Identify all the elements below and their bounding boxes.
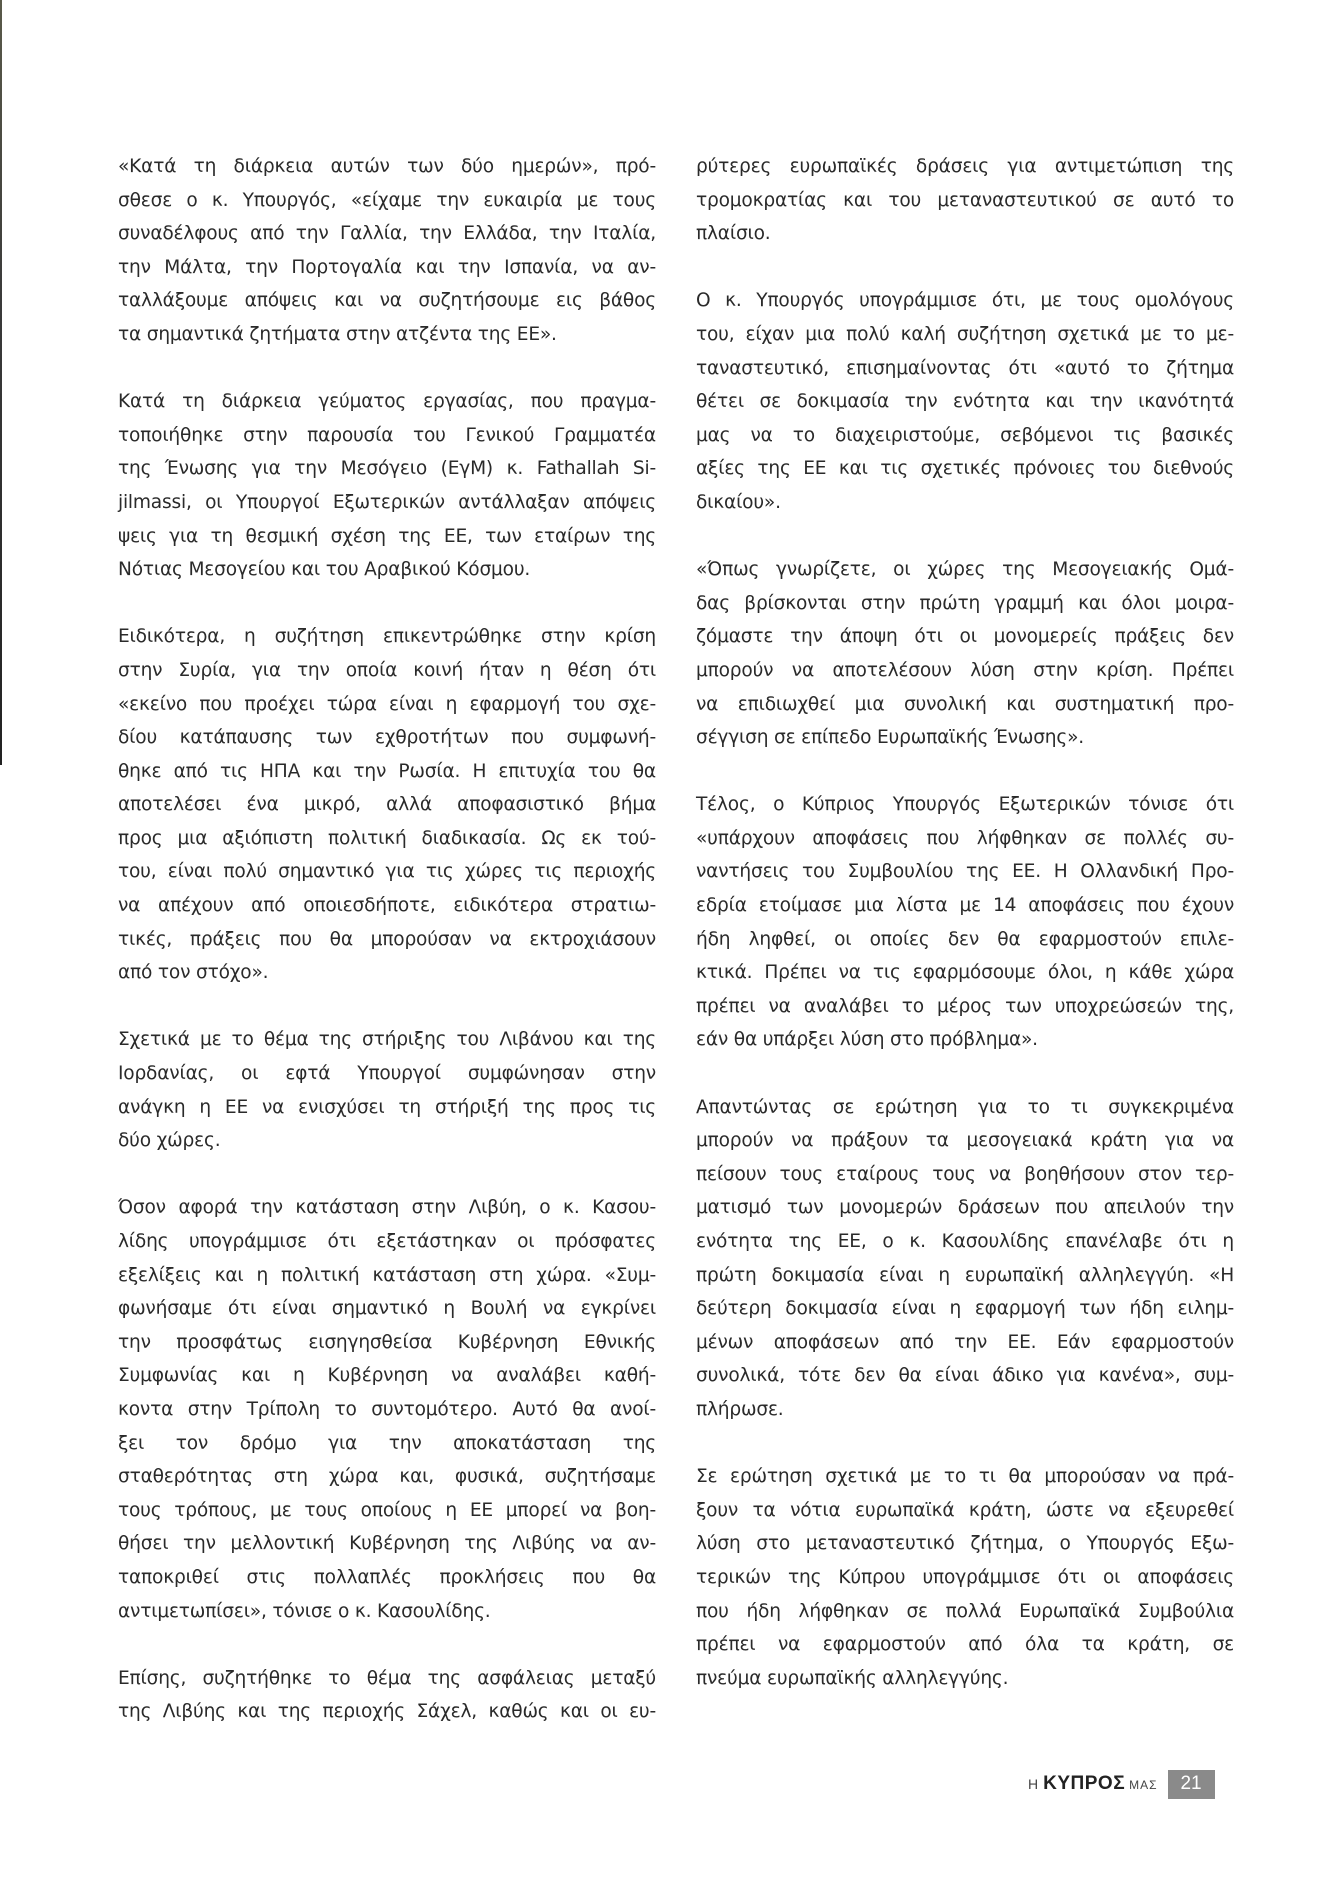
text-line: λίδης υπογράμμισε ότι εξετάστηκαν οι πρό…: [118, 1225, 656, 1259]
right-column: ρύτερες ευρωπαϊκές δράσεις για αντιμετώπ…: [696, 150, 1234, 1695]
text-line: μπορούν να αποτελέσουν λύση στην κρίση. …: [696, 654, 1234, 688]
text-line: «υπάρχουν αποφάσεις που λήφθηκαν σε πολλ…: [696, 822, 1234, 856]
text-line: «Κατά τη διάρκεια αυτών των δύο ημερών»,…: [118, 150, 656, 184]
text-line: την Μάλτα, την Πορτογαλία και την Ισπανί…: [118, 251, 656, 285]
text-line: πρέπει να αναλάβει το μέρος των υποχρεώσ…: [696, 990, 1234, 1024]
article-paragraph: Σχετικά με το θέμα της στήριξης του Λιβά…: [118, 1023, 656, 1157]
article-paragraph: Επίσης, συζητήθηκε το θέμα της ασφάλειας…: [118, 1662, 656, 1729]
text-line: Απαντώντας σε ερώτηση για το τι συγκεκρι…: [696, 1091, 1234, 1125]
article-paragraph: Κατά τη διάρκεια γεύματος εργασίας, που …: [118, 385, 656, 587]
text-line: δικαίου».: [696, 486, 1234, 520]
text-line: να απέχουν από οποιεσδήποτε, ειδικότερα …: [118, 889, 656, 923]
text-line: ξουν τα νότια ευρωπαϊκά κράτη, ώστε να ε…: [696, 1494, 1234, 1528]
text-line: τρομοκρατίας και του μεταναστευτικού σε …: [696, 184, 1234, 218]
text-line: Νότιας Μεσογείου και του Αραβικού Κόσμου…: [118, 553, 656, 587]
text-line: jilmassi, οι Υπουργοί Εξωτερικών αντάλλα…: [118, 486, 656, 520]
text-line: αξίες της ΕΕ και τις σχετικές πρόνοιες τ…: [696, 452, 1234, 486]
article-paragraph: ρύτερες ευρωπαϊκές δράσεις για αντιμετώπ…: [696, 150, 1234, 251]
text-line: του, είναι πολύ σημαντικό για τις χώρες …: [118, 855, 656, 889]
text-line: ήδη ληφθεί, οι οποίες δεν θα εφαρμοστούν…: [696, 923, 1234, 957]
text-line: Σχετικά με το θέμα της στήριξης του Λιβά…: [118, 1023, 656, 1057]
text-line: τικές, πράξεις που θα μπορούσαν να εκτρο…: [118, 923, 656, 957]
text-line: συνολικά, τότε δεν θα είναι άδικο για κα…: [696, 1359, 1234, 1393]
text-line: ζόμαστε την άποψη ότι οι μονομερείς πράξ…: [696, 620, 1234, 654]
text-line: Επίσης, συζητήθηκε το θέμα της ασφάλειας…: [118, 1662, 656, 1696]
text-line: Όσον αφορά την κατάσταση στην Λιβύη, ο κ…: [118, 1191, 656, 1225]
text-line: του, είχαν μια πολύ καλή συζήτηση σχετικ…: [696, 318, 1234, 352]
text-line: ταλλάξουμε απόψεις και να συζητήσουμε ει…: [118, 284, 656, 318]
text-line: ξει τον δρόμο για την αποκατάσταση της: [118, 1427, 656, 1461]
text-line: Ιορδανίας, οι εφτά Υπουργοί συμφώνησαν σ…: [118, 1057, 656, 1091]
text-line: τερικών της Κύπρου υπογράμμισε ότι οι απ…: [696, 1561, 1234, 1595]
text-line: Ειδικότερα, η συζήτηση επικεντρώθηκε στη…: [118, 620, 656, 654]
text-line: Ο κ. Υπουργός υπογράμμισε ότι, με τους ο…: [696, 284, 1234, 318]
text-line: πλήρωσε.: [696, 1393, 1234, 1427]
text-line: «εκείνο που προέχει τώρα είναι η εφαρμογ…: [118, 688, 656, 722]
text-line: που ήδη λήφθηκαν σε πολλά Ευρωπαϊκά Συμβ…: [696, 1595, 1234, 1629]
text-line: μας να το διαχειριστούμε, σεβόμενοι τις …: [696, 419, 1234, 453]
text-line: τα σημαντικά ζητήματα στην ατζέντα της Ε…: [118, 318, 656, 352]
left-column: «Κατά τη διάρκεια αυτών των δύο ημερών»,…: [118, 150, 656, 1729]
text-line: θηκε από τις ΗΠΑ και την Ρωσία. Η επιτυχ…: [118, 755, 656, 789]
text-line: της Λιβύης και της περιοχής Σάχελ, καθώς…: [118, 1695, 656, 1729]
text-line: κτικά. Πρέπει να τις εφαρμόσουμε όλοι, η…: [696, 956, 1234, 990]
text-line: ενότητα της ΕΕ, ο κ. Κασουλίδης επανέλαβ…: [696, 1225, 1234, 1259]
text-line: πρώτη δοκιμασία είναι η ευρωπαϊκή αλληλε…: [696, 1259, 1234, 1293]
magazine-title-main: ΚΥΠΡΟΣ: [1043, 1773, 1125, 1795]
text-line: θήσει την μελλοντική Κυβέρνηση της Λιβύη…: [118, 1527, 656, 1561]
page-footer: Η ΚΥΠΡΟΣ ΜΑΣ 21: [1028, 1768, 1215, 1800]
page-edge-bar: [0, 0, 2, 765]
text-line: σέγγιση σε επίπεδο Ευρωπαϊκής Ένωσης».: [696, 721, 1234, 755]
article-paragraph: «Όπως γνωρίζετε, οι χώρες της Μεσογειακή…: [696, 553, 1234, 755]
article-paragraph: Σε ερώτηση σχετικά με το τι θα μπορούσαν…: [696, 1460, 1234, 1695]
text-line: εξελίξεις και η πολιτική κατάσταση στη χ…: [118, 1259, 656, 1293]
text-line: σθεσε ο κ. Υπουργός, «είχαμε την ευκαιρί…: [118, 184, 656, 218]
text-line: ανάγκη η ΕΕ να ενισχύσει τη στήριξή της …: [118, 1091, 656, 1125]
magazine-title-suffix: ΜΑΣ: [1129, 1778, 1157, 1792]
text-line: ναντήσεις του Συμβουλίου της ΕΕ. Η Ολλαν…: [696, 855, 1234, 889]
text-line: ταναστευτικό, επισημαίνοντας ότι «αυτό τ…: [696, 352, 1234, 386]
text-line: προς μια αξιόπιστη πολιτική διαδικασία. …: [118, 822, 656, 856]
text-line: πνεύμα ευρωπαϊκής αλληλεγγύης.: [696, 1662, 1234, 1696]
article-paragraph: Ειδικότερα, η συζήτηση επικεντρώθηκε στη…: [118, 620, 656, 990]
text-line: «Όπως γνωρίζετε, οι χώρες της Μεσογειακή…: [696, 553, 1234, 587]
text-line: δεύτερη δοκιμασία είναι η εφαρμογή των ή…: [696, 1292, 1234, 1326]
text-line: ταποκριθεί στις πολλαπλές προκλήσεις που…: [118, 1561, 656, 1595]
text-line: κοντα στην Τρίπολη το συντομότερο. Αυτό …: [118, 1393, 656, 1427]
text-line: σταθερότητας στη χώρα και, φυσικά, συζητ…: [118, 1460, 656, 1494]
magazine-title: Η ΚΥΠΡΟΣ ΜΑΣ: [1028, 1773, 1158, 1795]
text-line: δύο χώρες.: [118, 1124, 656, 1158]
text-line: ψεις για τη θεσμική σχέση της ΕΕ, των ετ…: [118, 520, 656, 554]
article-paragraph: «Κατά τη διάρκεια αυτών των δύο ημερών»,…: [118, 150, 656, 352]
text-line: εδρία ετοίμασε μια λίστα με 14 αποφάσεις…: [696, 889, 1234, 923]
text-line: τοποιήθηκε στην παρουσία του Γενικού Γρα…: [118, 419, 656, 453]
text-line: στην Συρία, για την οποία κοινή ήταν η θ…: [118, 654, 656, 688]
text-line: Τέλος, ο Κύπριος Υπουργός Εξωτερικών τόν…: [696, 788, 1234, 822]
text-line: αποτελέσει ένα μικρό, αλλά αποφασιστικό …: [118, 788, 656, 822]
article-paragraph: Απαντώντας σε ερώτηση για το τι συγκεκρι…: [696, 1091, 1234, 1427]
text-line: λύση στο μεταναστευτικό ζήτημα, ο Υπουργ…: [696, 1527, 1234, 1561]
text-line: δας βρίσκονται στην πρώτη γραμμή και όλο…: [696, 587, 1234, 621]
text-line: την προσφάτως εισηγησθείσα Κυβέρνηση Εθν…: [118, 1326, 656, 1360]
text-line: ματισμό των μονομερών δράσεων που απειλο…: [696, 1191, 1234, 1225]
text-line: μπορούν να πράξουν τα μεσογειακά κράτη γ…: [696, 1124, 1234, 1158]
text-line: της Ένωσης για την Μεσόγειο (ΕγΜ) κ. Fat…: [118, 452, 656, 486]
text-line: Κατά τη διάρκεια γεύματος εργασίας, που …: [118, 385, 656, 419]
article-paragraph: Όσον αφορά την κατάσταση στην Λιβύη, ο κ…: [118, 1191, 656, 1628]
text-line: πείσουν τους εταίρους τους να βοηθήσουν …: [696, 1158, 1234, 1192]
text-line: πλαίσιο.: [696, 217, 1234, 251]
text-line: μένων αποφάσεων από την ΕΕ. Εάν εφαρμοστ…: [696, 1326, 1234, 1360]
text-line: Σε ερώτηση σχετικά με το τι θα μπορούσαν…: [696, 1460, 1234, 1494]
text-line: δίου κατάπαυσης των εχθροτήτων που συμφω…: [118, 721, 656, 755]
text-line: ρύτερες ευρωπαϊκές δράσεις για αντιμετώπ…: [696, 150, 1234, 184]
text-line: θέτει σε δοκιμασία την ενότητα και την ι…: [696, 385, 1234, 419]
article-paragraph: Τέλος, ο Κύπριος Υπουργός Εξωτερικών τόν…: [696, 788, 1234, 1057]
text-line: φωνήσαμε ότι είναι σημαντικό η Βουλή να …: [118, 1292, 656, 1326]
text-line: εάν θα υπάρξει λύση στο πρόβλημα».: [696, 1023, 1234, 1057]
text-line: συναδέλφους από την Γαλλία, την Ελλάδα, …: [118, 217, 656, 251]
text-line: τους τρόπους, με τους οποίους η ΕΕ μπορε…: [118, 1494, 656, 1528]
page-number-badge: 21: [1168, 1770, 1215, 1799]
text-line: Συμφωνίας και η Κυβέρνηση να αναλάβει κα…: [118, 1359, 656, 1393]
text-line: αντιμετωπίσει», τόνισε ο κ. Κασουλίδης.: [118, 1595, 656, 1629]
article-paragraph: Ο κ. Υπουργός υπογράμμισε ότι, με τους ο…: [696, 284, 1234, 519]
text-line: από τον στόχο».: [118, 956, 656, 990]
text-line: να επιδιωχθεί μια συνολική και συστηματι…: [696, 688, 1234, 722]
text-line: πρέπει να εφαρμοστούν από όλα τα κράτη, …: [696, 1628, 1234, 1662]
magazine-title-prefix: Η: [1028, 1776, 1039, 1792]
